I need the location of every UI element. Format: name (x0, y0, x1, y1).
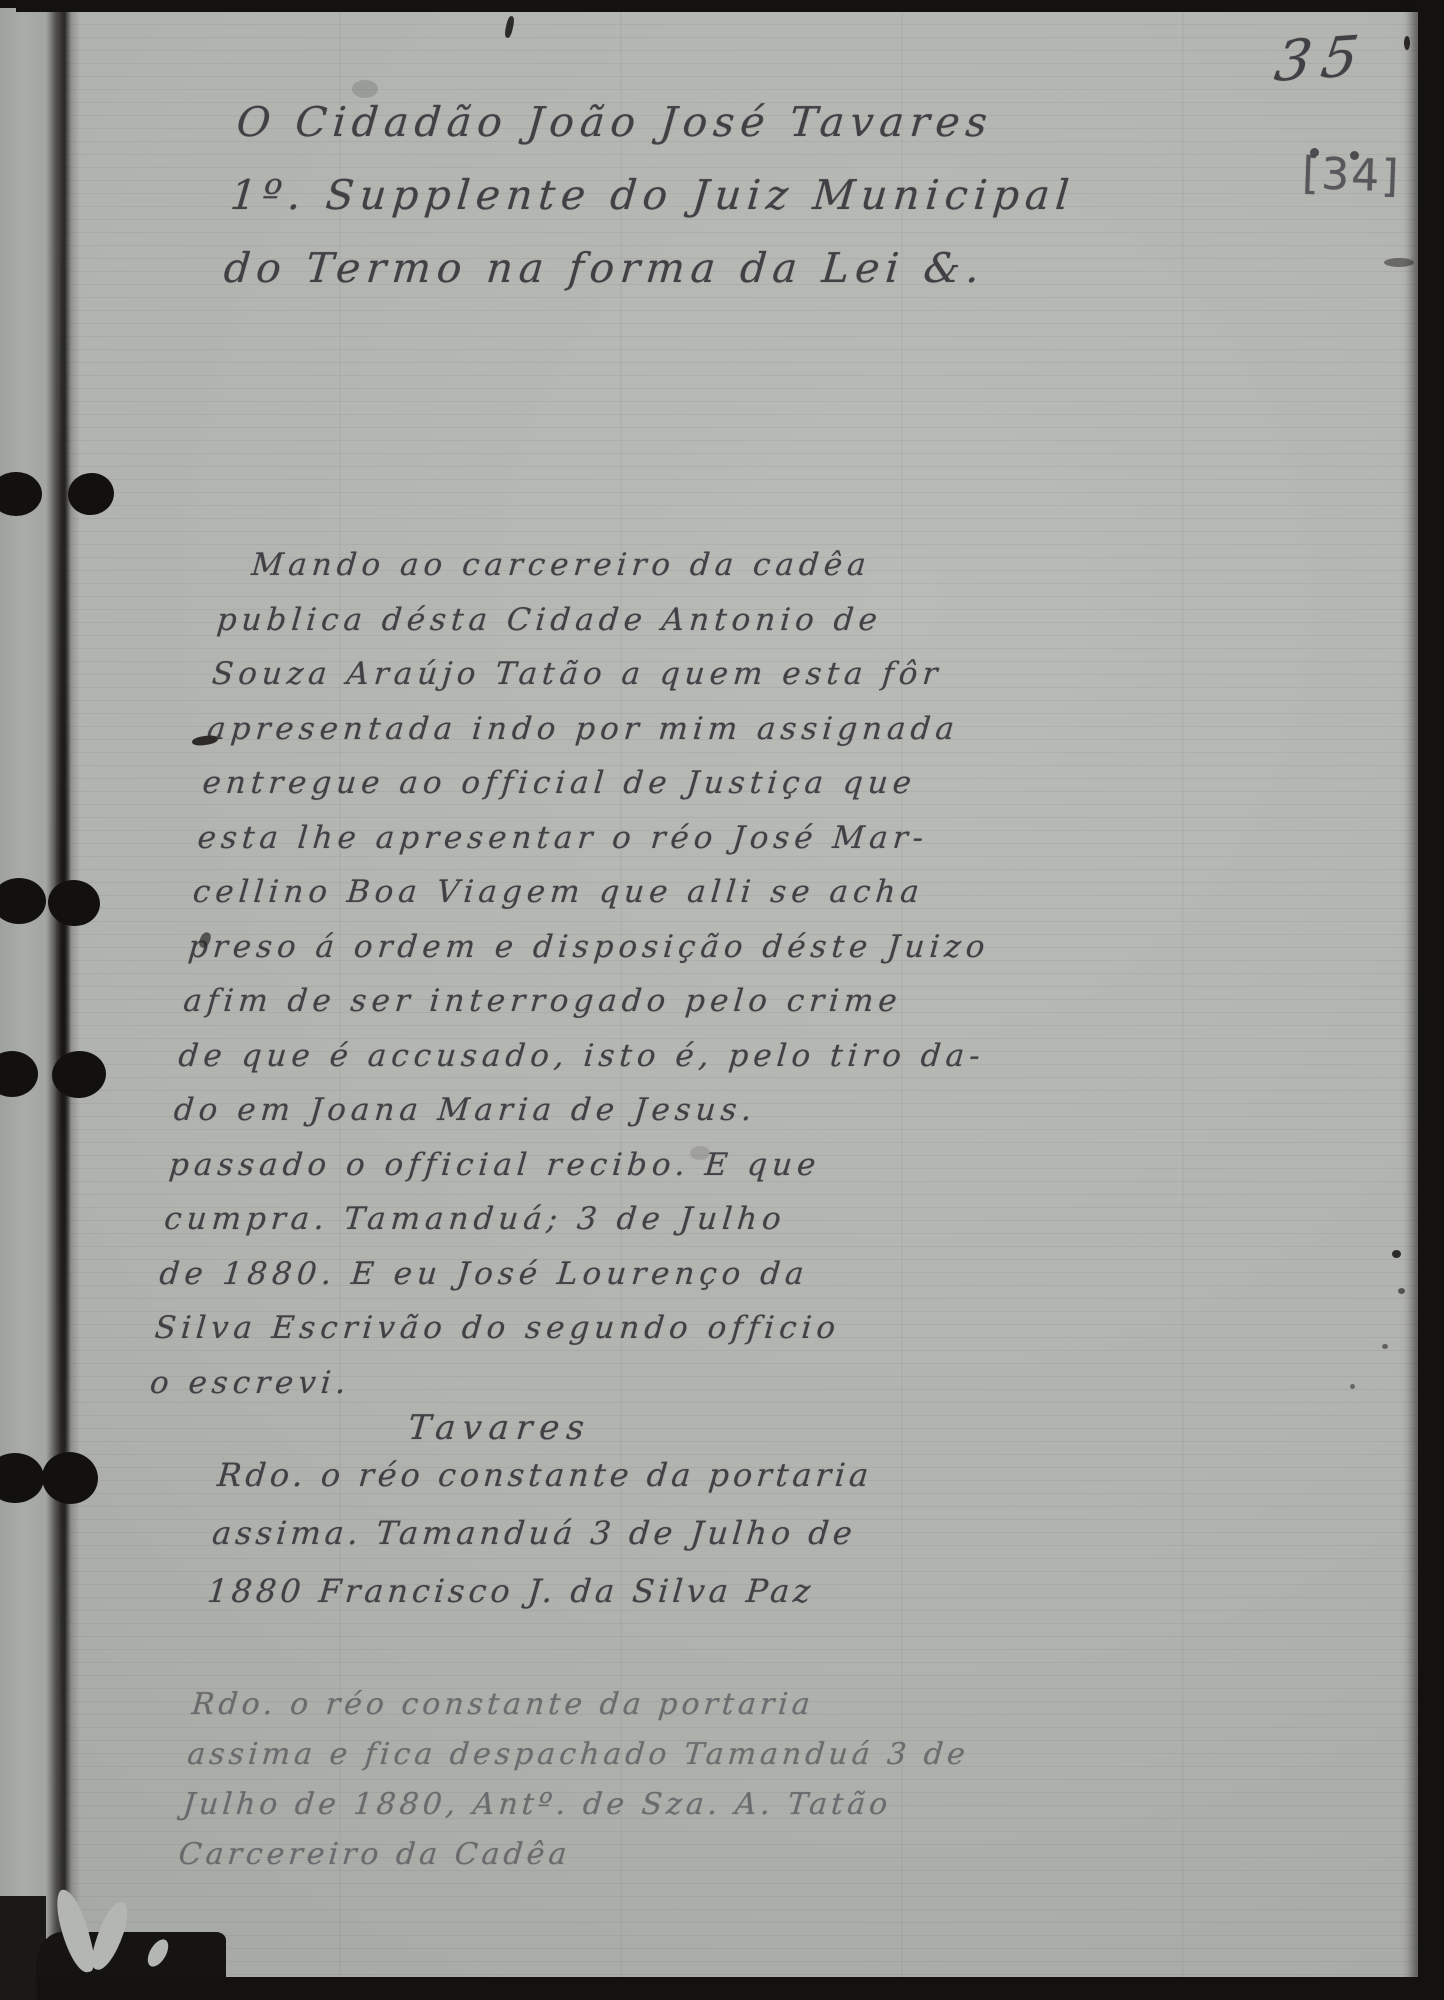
ink-speck (1392, 1250, 1401, 1258)
scanned-document-page: 35 [34] O Cidadão João José Tavares1º. S… (0, 0, 1444, 2000)
receipt-note-1: Rdo. o réo constante da portariaassima. … (205, 1446, 875, 1620)
handwritten-line: Silva Escrivão do segundo officio (152, 1301, 963, 1356)
handwritten-line: assima. Tamanduá 3 de Julho de (210, 1504, 870, 1562)
paper-smudge (352, 80, 378, 98)
handwritten-line: passado o official recibo. E que (167, 1138, 978, 1193)
handwritten-line: Julho de 1880, Antº. de Sza. A. Tatão (181, 1780, 967, 1830)
ink-smudge (1384, 258, 1414, 267)
handwritten-line: cumpra. Tamanduá; 3 de Julho (162, 1192, 973, 1247)
scanner-background-right (1418, 0, 1444, 2000)
handwritten-line: esta lhe apresentar o réo José Mar- (195, 811, 1006, 866)
ink-speck (1350, 1384, 1355, 1389)
handwritten-line: 1º. Supplente do Juiz Municipal (227, 159, 1078, 232)
binding-crease (46, 8, 80, 1976)
handwritten-line: entregue ao official de Justiça que (200, 756, 1011, 811)
page-number: 35 (1271, 24, 1373, 95)
handwritten-line: assima e fica despachado Tamanduá 3 de (185, 1730, 971, 1780)
signature: Tavares (407, 1408, 593, 1448)
handwritten-line: cellino Boa Viagem que alli se acha (191, 865, 1002, 920)
handwritten-line: de 1880. E eu José Lourenço da (157, 1247, 968, 1302)
handwritten-line: Rdo. o réo constante da portaria (190, 1680, 976, 1730)
receipt-note-2: Rdo. o réo constante da portariaassima e… (177, 1680, 976, 1880)
handwritten-line: Mando ao carcereiro da cadêa (219, 538, 1030, 593)
handwritten-line: preso á ordem e disposição déste Juizo (186, 920, 997, 975)
handwritten-line: publica désta Cidade Antonio de (214, 593, 1025, 648)
handwritten-line: Carcereiro da Cadêa (177, 1830, 963, 1880)
handwritten-line: o escrevi. (148, 1356, 959, 1411)
heading-block: O Cidadão João José Tavares1º. Supplente… (221, 86, 1084, 305)
handwritten-line: de que é accusado, isto é, pelo tiro da- (176, 1029, 987, 1084)
body-paragraph: Mando ao carcereiro da cadêapublica dést… (148, 538, 1030, 1410)
handwritten-line: apresentada indo por mim assignada (205, 702, 1016, 757)
handwritten-line: do Termo na forma da Lei &. (221, 232, 1072, 305)
handwritten-line: do em Joana Maria de Jesus. (172, 1083, 983, 1138)
handwritten-line: afim de ser interrogado pelo crime (181, 974, 992, 1029)
ink-speck (1382, 1344, 1388, 1349)
ink-speck (1398, 1288, 1405, 1294)
folio-annotation: [34] (1301, 148, 1401, 202)
scanner-background-bottom (38, 1977, 1444, 2000)
scanner-background-top (16, 0, 1444, 12)
handwritten-line: Souza Araújo Tatão a quem esta fôr (210, 647, 1021, 702)
paper-smudge (690, 1146, 710, 1160)
handwritten-line: Rdo. o réo constante da portaria (215, 1446, 875, 1504)
ink-speck (1404, 36, 1410, 50)
handwritten-line: 1880 Francisco J. da Silva Paz (205, 1562, 865, 1620)
